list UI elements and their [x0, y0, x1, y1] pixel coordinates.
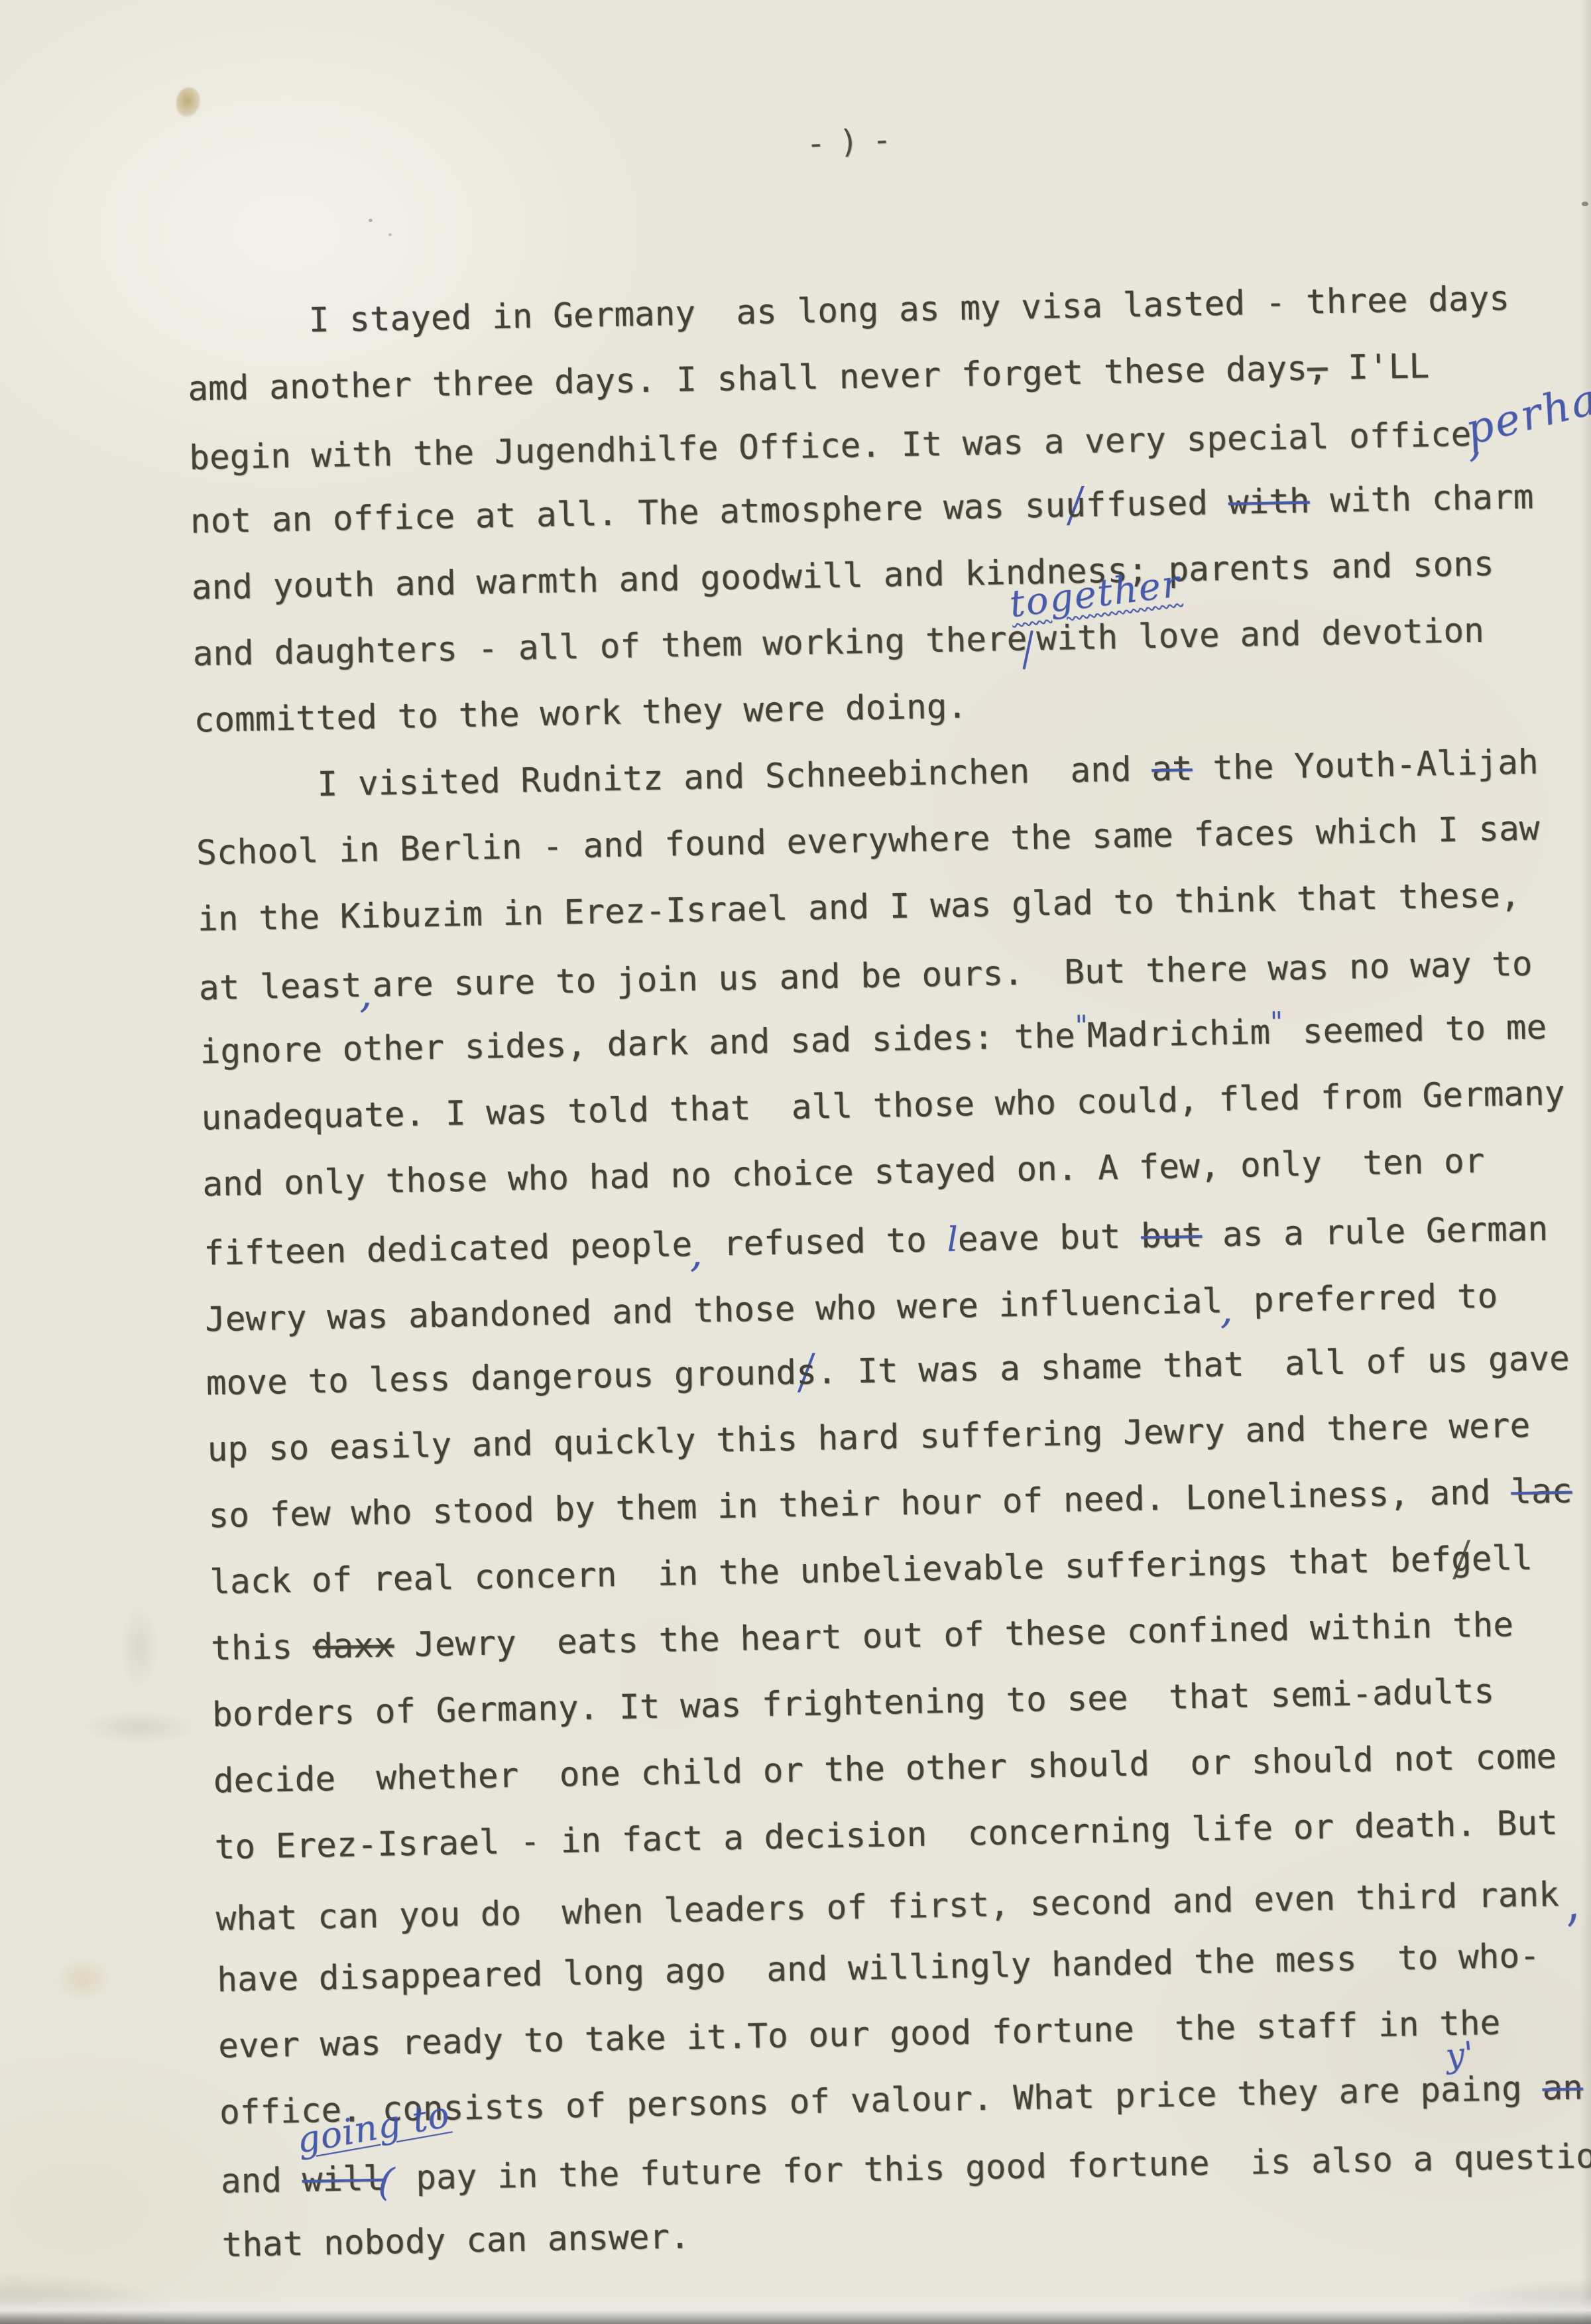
typed-text: to Erez-Israel - in fact a decision conc…	[214, 1804, 1558, 1867]
typed-struck-text: daxx	[312, 1626, 394, 1666]
typed-text: pay in the future for this good fortune …	[395, 2137, 1591, 2198]
typed-text: and	[220, 2161, 302, 2201]
typed-text: preferred to	[1233, 1277, 1498, 1321]
handwritten-quote-mark: "	[1269, 989, 1283, 1056]
typed-text: unadequate. I was told that all those wh…	[201, 1074, 1565, 1138]
typewritten-text-block: I stayed in Germany as long as my visa l…	[186, 265, 1591, 2279]
typed-text: decide whether one child or the other sh…	[213, 1737, 1557, 1801]
typed-text: at least	[198, 966, 362, 1008]
typed-text: begin with the Jugendhilfe Office. It wa…	[189, 415, 1472, 477]
paper-stain-top-left	[176, 88, 200, 117]
typed-text: and only those who had no choice stayed …	[202, 1142, 1485, 1204]
typed-text: move to less dangerous ground	[206, 1353, 796, 1403]
scan-edge-bottom	[0, 2293, 1591, 2324]
blue-pen-struck-text: with	[1228, 482, 1310, 522]
typed-text: Jewry was abandoned and those who were i…	[205, 1282, 1223, 1339]
typed-text: I'LL	[1327, 347, 1430, 388]
typed-text: refused to	[703, 1221, 947, 1264]
page-number: - ) -	[805, 121, 890, 162]
typed-text: this	[211, 1628, 314, 1669]
blue-pen-struck-text: at	[1151, 749, 1193, 789]
blue-pen-slashed-char: s	[796, 1353, 817, 1393]
blue-pen-struck-text: but	[1141, 1216, 1203, 1256]
typed-text: ever was ready to take it.To our good fo…	[218, 2004, 1501, 2066]
typed-text: ffused	[1085, 483, 1228, 525]
typed-slashed-char: g	[1451, 1540, 1472, 1579]
typed-text: I stayed in Germany as long as my visa l…	[186, 279, 1510, 343]
typed-text: so few who stood by them in their hour o…	[208, 1473, 1511, 1536]
typed-text: in the Kibuzim in Erez-Israel and I was …	[198, 876, 1521, 940]
typed-text: seemed to me	[1282, 1008, 1547, 1052]
typed-text: eave but	[957, 1217, 1141, 1260]
typed-text: borders of Germany. It was frightening t…	[212, 1672, 1495, 1735]
typed-struck-text: ,	[1307, 349, 1328, 389]
typed-text: that nobody can answer.	[221, 2217, 690, 2265]
typed-text: ell	[1471, 1539, 1533, 1579]
typed-text: and youth and warmth and goodwill and ki…	[191, 545, 1494, 608]
blue-pen-struck-text: lac	[1511, 1472, 1572, 1512]
blue-pen-struck-text: an	[1542, 2069, 1583, 2109]
typed-text: the Youth-Alijah	[1192, 743, 1539, 788]
typed-text: School in Berlin - and found everywhere …	[196, 809, 1540, 873]
scanned-typewritten-page: - ) - I stayed in Germany as long as my …	[0, 0, 1591, 2324]
handwritten-text: l	[947, 1221, 958, 1260]
paper-stain-bottom-left	[53, 1956, 113, 2002]
typed-text: . It was a shame that all of us gave	[816, 1339, 1570, 1392]
typed-text: up so easily and quickly this hard suffe…	[207, 1406, 1531, 1470]
paper-speck	[388, 233, 392, 236]
typed-text: Jewry eats the heart out of these confin…	[394, 1605, 1514, 1665]
handwritten-quote-mark: "	[1075, 993, 1088, 1059]
scan-edge-right	[1580, 0, 1591, 2324]
typed-text: ignore other sides, dark and sad sides: …	[200, 1016, 1075, 1071]
typed-text: lack of real concern in the unbelievable…	[209, 1540, 1452, 1602]
typed-text: have disappeared long ago and willingly …	[217, 1937, 1541, 2000]
blue-pen-slashed-char: u	[1065, 486, 1087, 526]
typed-text: amd another three days. I shall never fo…	[188, 349, 1308, 409]
typed-text: committed to the work they were doing.	[194, 687, 968, 740]
pencil-smudge-left-margin	[119, 1605, 159, 1691]
typed-text: Madrichim	[1087, 1013, 1270, 1056]
typed-text: with charm	[1309, 477, 1534, 520]
typed-text: not an office at all. The atmosphere was…	[190, 486, 1066, 541]
typed-text: are sure to join us and be ours. But the…	[372, 945, 1533, 1005]
typed-text: fifteen dedicated people	[204, 1225, 693, 1273]
typed-text: I visited Rudnitz and Schneebinchen and	[195, 750, 1152, 806]
paper-speck	[369, 219, 373, 222]
typed-text: as a rule German	[1202, 1209, 1549, 1255]
typed-text: and daughters - all of them working ther…	[192, 620, 1028, 674]
pencil-smudge-left-margin	[80, 1711, 199, 1744]
